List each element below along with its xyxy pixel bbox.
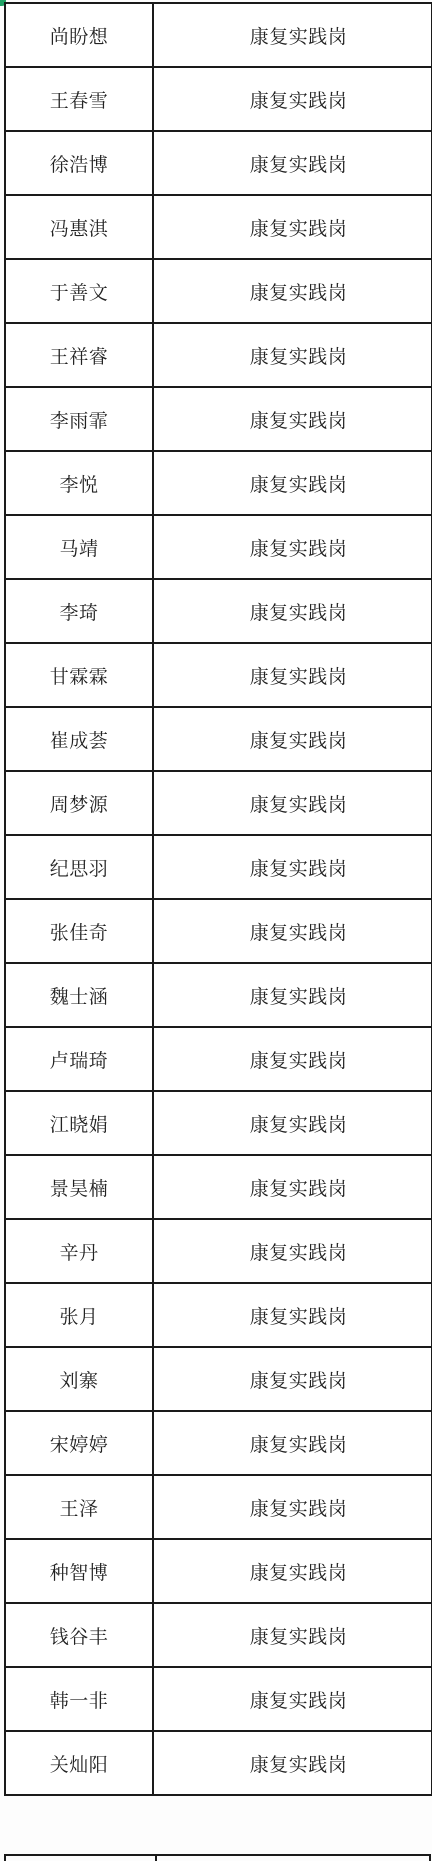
name-cell[interactable]: 宋婷婷 <box>5 1411 153 1475</box>
person-name: 李琦 <box>59 602 98 624</box>
person-name: 崔成荟 <box>50 730 109 752</box>
post-title: 康复实践岗 <box>238 218 348 240</box>
table-row: 尚盼想康复实践岗 <box>5 3 432 67</box>
post-cell[interactable]: 康复实践岗 <box>153 1027 432 1091</box>
name-cell[interactable]: 卢瑞琦 <box>5 1027 153 1091</box>
table-row: 冯惠淇康复实践岗 <box>5 195 432 259</box>
person-name: 魏士涵 <box>50 986 109 1008</box>
post-cell[interactable]: 康复实践岗 <box>153 1731 432 1795</box>
person-name: 辛丹 <box>59 1242 98 1264</box>
name-cell[interactable]: 甘霖霖 <box>5 643 153 707</box>
post-cell[interactable]: 康复实践岗 <box>153 1603 432 1667</box>
person-name: 张月 <box>59 1306 98 1328</box>
person-name: 王春雪 <box>50 90 109 112</box>
post-cell[interactable]: 康复实践岗 <box>153 1091 432 1155</box>
post-title: 康复实践岗 <box>238 1690 348 1712</box>
name-cell[interactable]: 辛丹 <box>5 1219 153 1283</box>
post-cell[interactable]: 康复实践岗 <box>153 643 432 707</box>
name-cell[interactable]: 王泽 <box>5 1475 153 1539</box>
post-title: 康复实践岗 <box>238 858 348 880</box>
post-title: 康复实践岗 <box>238 1562 348 1584</box>
post-title: 康复实践岗 <box>238 666 348 688</box>
person-name: 纪思羽 <box>50 858 109 880</box>
name-cell[interactable]: 王春雪 <box>5 67 153 131</box>
column-divider <box>155 1856 157 1861</box>
name-cell[interactable]: 关灿阳 <box>5 1731 153 1795</box>
post-cell[interactable]: 康复实践岗 <box>153 1283 432 1347</box>
name-cell[interactable]: 于善文 <box>5 259 153 323</box>
post-title: 康复实践岗 <box>238 602 348 624</box>
post-title: 康复实践岗 <box>238 346 348 368</box>
post-cell[interactable]: 康复实践岗 <box>153 195 432 259</box>
post-cell[interactable]: 康复实践岗 <box>153 1411 432 1475</box>
table-row: 种智博康复实践岗 <box>5 1539 432 1603</box>
table-row: 王春雪康复实践岗 <box>5 67 432 131</box>
name-cell[interactable]: 韩一非 <box>5 1667 153 1731</box>
person-name: 韩一非 <box>50 1690 109 1712</box>
table-row: 江晓娟康复实践岗 <box>5 1091 432 1155</box>
person-name: 徐浩博 <box>50 154 109 176</box>
post-title: 康复实践岗 <box>238 1434 348 1456</box>
post-title: 康复实践岗 <box>238 1626 348 1648</box>
post-cell[interactable]: 康复实践岗 <box>153 1667 432 1731</box>
post-cell[interactable]: 康复实践岗 <box>153 3 432 67</box>
table-row: 马靖康复实践岗 <box>5 515 432 579</box>
post-title: 康复实践岗 <box>238 26 348 48</box>
name-cell[interactable]: 景昊楠 <box>5 1155 153 1219</box>
name-cell[interactable]: 李雨霏 <box>5 387 153 451</box>
post-cell[interactable]: 康复实践岗 <box>153 131 432 195</box>
table-row: 景昊楠康复实践岗 <box>5 1155 432 1219</box>
person-name: 李雨霏 <box>50 410 109 432</box>
name-cell[interactable]: 徐浩博 <box>5 131 153 195</box>
post-cell[interactable]: 康复实践岗 <box>153 387 432 451</box>
name-cell[interactable]: 刘寨 <box>5 1347 153 1411</box>
table-row: 崔成荟康复实践岗 <box>5 707 432 771</box>
name-cell[interactable]: 张佳奇 <box>5 899 153 963</box>
name-cell[interactable]: 周梦源 <box>5 771 153 835</box>
table-row: 钱谷丰康复实践岗 <box>5 1603 432 1667</box>
post-title: 康复实践岗 <box>238 922 348 944</box>
table-row: 于善文康复实践岗 <box>5 259 432 323</box>
post-title: 康复实践岗 <box>238 410 348 432</box>
post-cell[interactable]: 康复实践岗 <box>153 515 432 579</box>
post-cell[interactable]: 康复实践岗 <box>153 1475 432 1539</box>
table-row: 李雨霏康复实践岗 <box>5 387 432 451</box>
name-cell[interactable]: 马靖 <box>5 515 153 579</box>
person-name: 刘寨 <box>59 1370 98 1392</box>
post-cell[interactable]: 康复实践岗 <box>153 1347 432 1411</box>
person-name: 王泽 <box>59 1498 98 1520</box>
table-row: 周梦源康复实践岗 <box>5 771 432 835</box>
person-name: 马靖 <box>59 538 98 560</box>
name-cell[interactable]: 纪思羽 <box>5 835 153 899</box>
name-cell[interactable]: 种智博 <box>5 1539 153 1603</box>
table-row: 纪思羽康复实践岗 <box>5 835 432 899</box>
post-title: 康复实践岗 <box>238 1370 348 1392</box>
post-cell[interactable]: 康复实践岗 <box>153 707 432 771</box>
person-name: 关灿阳 <box>50 1754 109 1776</box>
person-name: 甘霖霖 <box>50 666 109 688</box>
person-name: 于善文 <box>50 282 109 304</box>
person-name: 种智博 <box>50 1562 109 1584</box>
person-name: 宋婷婷 <box>50 1434 109 1456</box>
person-name: 卢瑞琦 <box>50 1050 109 1072</box>
post-cell[interactable]: 康复实践岗 <box>153 67 432 131</box>
post-cell[interactable]: 康复实践岗 <box>153 579 432 643</box>
post-title: 康复实践岗 <box>238 1178 348 1200</box>
post-title: 康复实践岗 <box>238 474 348 496</box>
post-title: 康复实践岗 <box>238 1114 348 1136</box>
table-row: 徐浩博康复实践岗 <box>5 131 432 195</box>
person-name: 张佳奇 <box>50 922 109 944</box>
post-title: 康复实践岗 <box>238 986 348 1008</box>
post-cell[interactable]: 康复实践岗 <box>153 1155 432 1219</box>
post-title: 康复实践岗 <box>238 1498 348 1520</box>
post-title: 康复实践岗 <box>238 90 348 112</box>
person-name: 王祥睿 <box>50 346 109 368</box>
post-title: 康复实践岗 <box>238 538 348 560</box>
roster-table: 尚盼想康复实践岗王春雪康复实践岗徐浩博康复实践岗冯惠淇康复实践岗于善文康复实践岗… <box>4 2 432 1796</box>
post-cell[interactable]: 康复实践岗 <box>153 259 432 323</box>
person-name: 冯惠淇 <box>50 218 109 240</box>
person-name: 李悦 <box>59 474 98 496</box>
table-row: 甘霖霖康复实践岗 <box>5 643 432 707</box>
table-row: 李悦康复实践岗 <box>5 451 432 515</box>
post-cell[interactable]: 康复实践岗 <box>153 771 432 835</box>
post-cell[interactable]: 康复实践岗 <box>153 1539 432 1603</box>
post-cell[interactable]: 康复实践岗 <box>153 899 432 963</box>
name-cell[interactable]: 王祥睿 <box>5 323 153 387</box>
table-row: 张佳奇康复实践岗 <box>5 899 432 963</box>
table-row: 李琦康复实践岗 <box>5 579 432 643</box>
post-title: 康复实践岗 <box>238 282 348 304</box>
name-cell[interactable]: 张月 <box>5 1283 153 1347</box>
person-name: 钱谷丰 <box>50 1626 109 1648</box>
table-row: 关灿阳康复实践岗 <box>5 1731 432 1795</box>
person-name: 尚盼想 <box>50 26 109 48</box>
person-name: 周梦源 <box>50 794 109 816</box>
table-row: 卢瑞琦康复实践岗 <box>5 1027 432 1091</box>
name-cell[interactable]: 魏士涵 <box>5 963 153 1027</box>
post-title: 康复实践岗 <box>238 1754 348 1776</box>
person-name: 景昊楠 <box>50 1178 109 1200</box>
post-cell[interactable]: 康复实践岗 <box>153 963 432 1027</box>
name-cell[interactable]: 冯惠淇 <box>5 195 153 259</box>
name-cell[interactable]: 江晓娟 <box>5 1091 153 1155</box>
post-cell[interactable]: 康复实践岗 <box>153 835 432 899</box>
table-row-partial <box>4 1854 431 1861</box>
post-title: 康复实践岗 <box>238 1050 348 1072</box>
post-cell[interactable]: 康复实践岗 <box>153 451 432 515</box>
post-title: 康复实践岗 <box>238 1242 348 1264</box>
name-cell[interactable]: 钱谷丰 <box>5 1603 153 1667</box>
table-row: 刘寨康复实践岗 <box>5 1347 432 1411</box>
post-title: 康复实践岗 <box>238 154 348 176</box>
name-cell[interactable]: 李琦 <box>5 579 153 643</box>
person-name: 江晓娟 <box>50 1114 109 1136</box>
table-row: 魏士涵康复实践岗 <box>5 963 432 1027</box>
post-cell[interactable]: 康复实践岗 <box>153 323 432 387</box>
spreadsheet-view: 尚盼想康复实践岗王春雪康复实践岗徐浩博康复实践岗冯惠淇康复实践岗于善文康复实践岗… <box>0 0 432 1861</box>
post-title: 康复实践岗 <box>238 794 348 816</box>
name-cell[interactable]: 崔成荟 <box>5 707 153 771</box>
table-row: 王泽康复实践岗 <box>5 1475 432 1539</box>
roster-table-body: 尚盼想康复实践岗王春雪康复实践岗徐浩博康复实践岗冯惠淇康复实践岗于善文康复实践岗… <box>5 3 432 1795</box>
table-row: 王祥睿康复实践岗 <box>5 323 432 387</box>
table-row: 张月康复实践岗 <box>5 1283 432 1347</box>
table-row: 韩一非康复实践岗 <box>5 1667 432 1731</box>
name-cell[interactable]: 李悦 <box>5 451 153 515</box>
name-cell[interactable]: 尚盼想 <box>5 3 153 67</box>
post-cell[interactable]: 康复实践岗 <box>153 1219 432 1283</box>
table-row: 宋婷婷康复实践岗 <box>5 1411 432 1475</box>
post-title: 康复实践岗 <box>238 730 348 752</box>
table-row: 辛丹康复实践岗 <box>5 1219 432 1283</box>
post-title: 康复实践岗 <box>238 1306 348 1328</box>
